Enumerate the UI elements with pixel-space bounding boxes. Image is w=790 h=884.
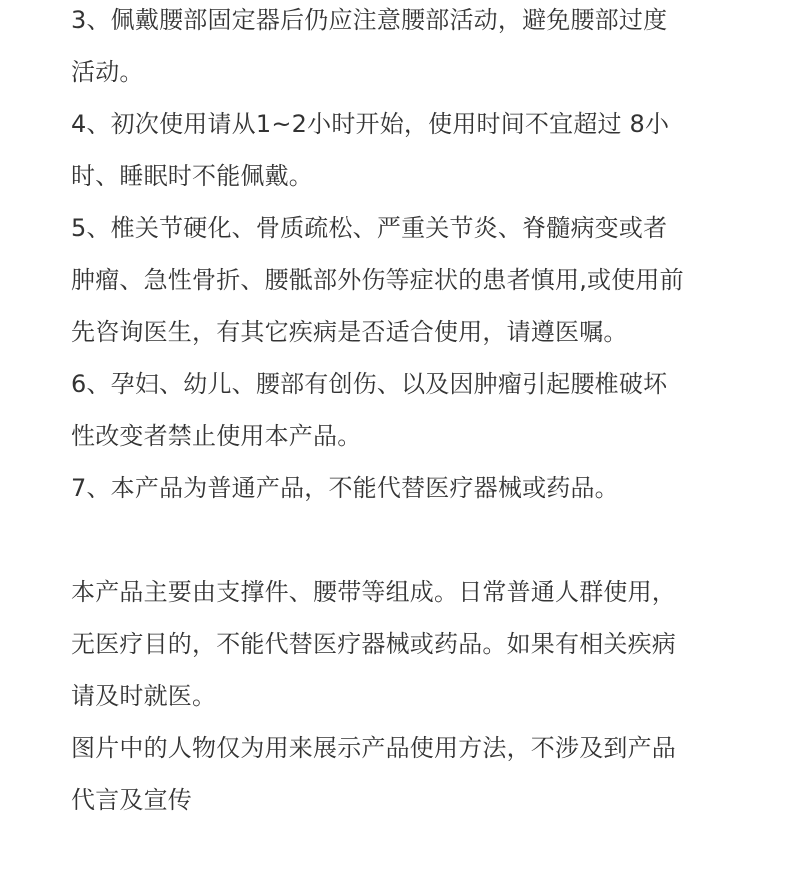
note-line: 活动。: [71, 46, 741, 98]
note-item-3: 3、佩戴腰部固定器后仍应注意腰部活动，避免腰部过度 活动。: [71, 0, 741, 98]
note-line: 时、睡眠时不能佩戴。: [71, 150, 741, 202]
note-line: 3、佩戴腰部固定器后仍应注意腰部活动，避免腰部过度: [71, 0, 741, 46]
disclaimer-line: 代言及宣传: [71, 774, 741, 826]
note-line: 6、孕妇、幼儿、腰部有创伤、以及因肿瘤引起腰椎破坏: [71, 358, 741, 410]
note-line: 先咨询医生，有其它疾病是否适合使用，请遵医嘱。: [71, 306, 741, 358]
section-spacer: [71, 514, 741, 566]
note-item-5: 5、椎关节硬化、骨质疏松、严重关节炎、脊髓病变或者 肿瘤、急性骨折、腰骶部外伤等…: [71, 202, 741, 358]
note-item-6: 6、孕妇、幼儿、腰部有创伤、以及因肿瘤引起腰椎破坏 性改变者禁止使用本产品。: [71, 358, 741, 462]
disclaimer-line: 图片中的人物仅为用来展示产品使用方法，不涉及到产品: [71, 722, 741, 774]
note-line: 4、初次使用请从1~2小时开始，使用时间不宜超过 8小: [71, 98, 741, 150]
disclaimer-paragraph-composition: 本产品主要由支撑件、腰带等组成。日常普通人群使用， 无医疗目的，不能代替医疗器械…: [71, 566, 741, 722]
note-line: 性改变者禁止使用本产品。: [71, 410, 741, 462]
note-line: 5、椎关节硬化、骨质疏松、严重关节炎、脊髓病变或者: [71, 202, 741, 254]
note-item-7: 7、本产品为普通产品，不能代替医疗器械或药品。: [71, 462, 741, 514]
note-line: 7、本产品为普通产品，不能代替医疗器械或药品。: [71, 462, 741, 514]
disclaimer-paragraph-model: 图片中的人物仅为用来展示产品使用方法，不涉及到产品 代言及宣传: [71, 722, 741, 826]
disclaimer-line: 本产品主要由支撑件、腰带等组成。日常普通人群使用，: [71, 566, 741, 618]
note-item-4: 4、初次使用请从1~2小时开始，使用时间不宜超过 8小 时、睡眠时不能佩戴。: [71, 98, 741, 202]
disclaimer-line: 无医疗目的，不能代替医疗器械或药品。如果有相关疾病: [71, 618, 741, 670]
usage-notes-list: 3、佩戴腰部固定器后仍应注意腰部活动，避免腰部过度 活动。 4、初次使用请从1~…: [71, 0, 741, 514]
note-line: 肿瘤、急性骨折、腰骶部外伤等症状的患者慎用,或使用前: [71, 254, 741, 306]
disclaimer-section: 本产品主要由支撑件、腰带等组成。日常普通人群使用， 无医疗目的，不能代替医疗器械…: [71, 566, 741, 826]
disclaimer-line: 请及时就医。: [71, 670, 741, 722]
product-notice-content: 3、佩戴腰部固定器后仍应注意腰部活动，避免腰部过度 活动。 4、初次使用请从1~…: [71, 0, 741, 826]
